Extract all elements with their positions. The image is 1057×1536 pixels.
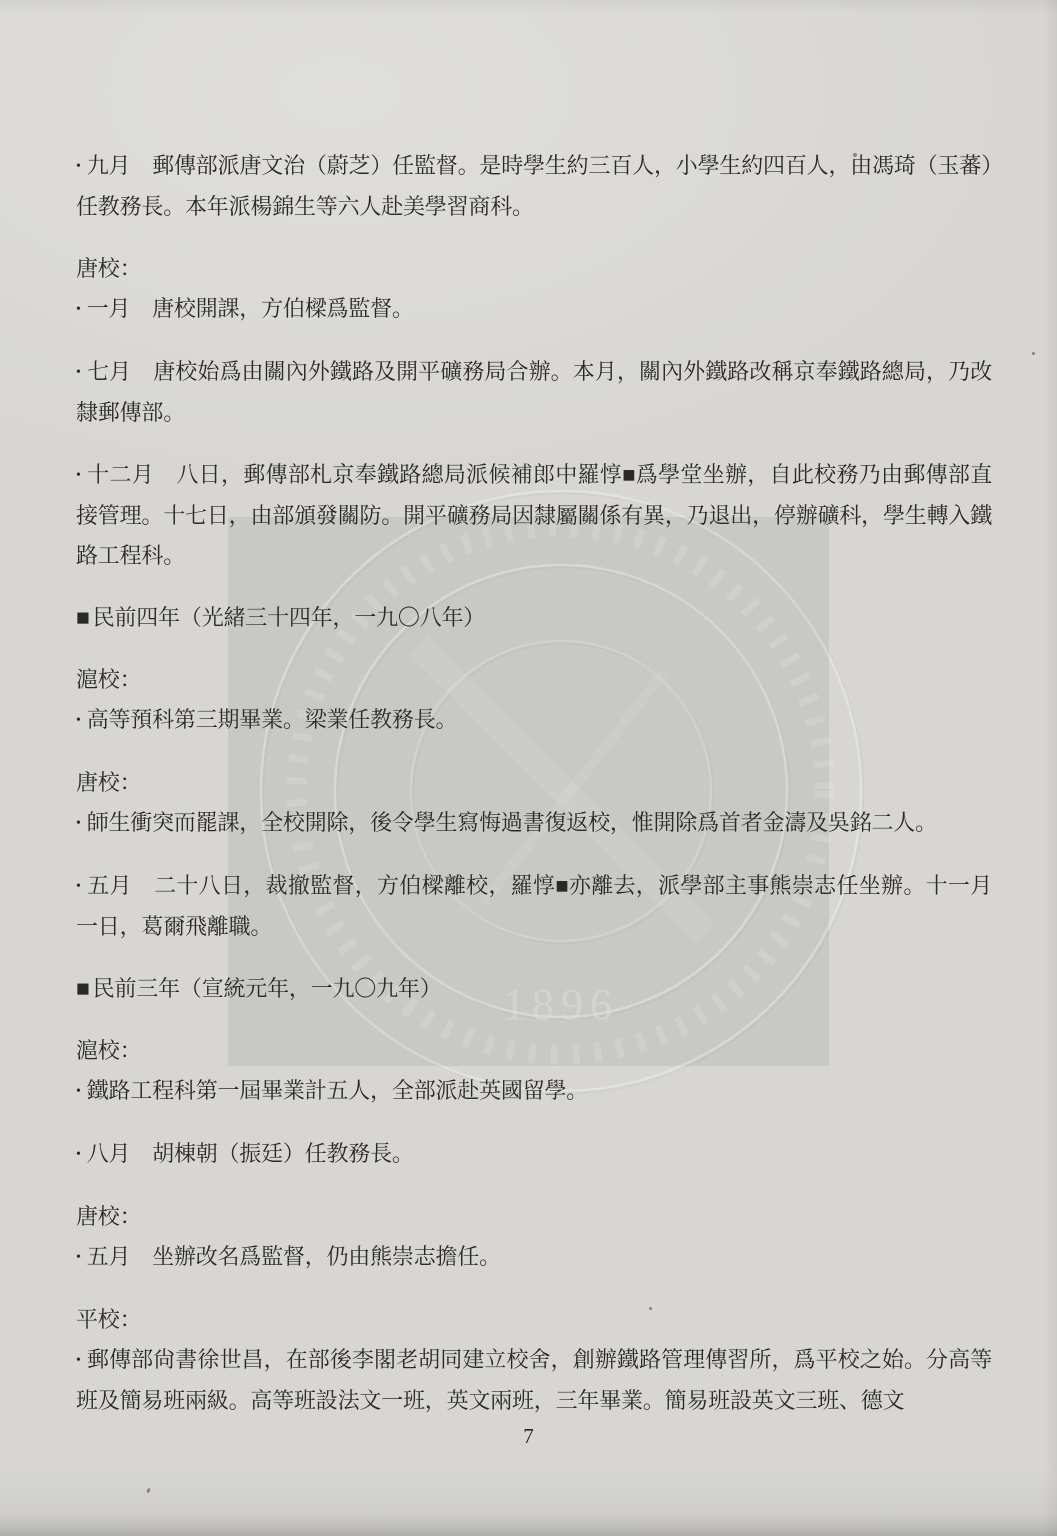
paper-speck — [649, 1307, 652, 1310]
chronicle-entry: •高等預科第三期畢業。梁業任教務長。 — [76, 700, 992, 741]
bullet-icon: • — [76, 147, 81, 187]
scanned-page: 1896 •九月 郵傳部派唐文治（蔚芝）任監督。是時學生約三百人，小學生約四百人… — [0, 0, 1057, 1536]
bullet-icon: • — [76, 353, 81, 393]
entry-text: 九月 郵傳部派唐文治（蔚芝）任監督。是時學生約三百人，小學生約四百人，由馮琦（玉… — [76, 153, 992, 219]
school-label: 唐校： — [76, 763, 992, 803]
entry-text: 八月 胡棟朝（振廷）任教務長。 — [87, 1141, 414, 1166]
page-number: 7 — [0, 1424, 1057, 1449]
year-heading-text: 民前四年（光緒三十四年，一九〇八年） — [93, 605, 485, 630]
chronicle-entry: •八月 胡棟朝（振廷）任教務長。 — [76, 1134, 992, 1175]
school-label: 平校： — [76, 1300, 992, 1340]
chronicle-entry: •十二月 八日，郵傳部札京奉鐵路總局派候補郎中羅惇■爲學堂坐辦，自此校務乃由郵傳… — [76, 455, 992, 576]
bullet-icon: • — [76, 701, 81, 741]
entry-text: 高等預科第三期畢業。梁業任教務長。 — [87, 707, 458, 732]
bullet-icon: • — [76, 1072, 81, 1112]
bullet-icon: • — [76, 867, 81, 907]
section-marker-icon: ■ — [76, 605, 90, 630]
entry-text: 鐵路工程科第一屆畢業計五人，全部派赴英國留學。 — [87, 1078, 588, 1103]
school-label: 唐校： — [76, 1197, 992, 1237]
entry-text: 七月 唐校始爲由關內外鐵路及開平礦務局合辦。本月，關內外鐵路改稱京奉鐵路總局，乃… — [76, 359, 992, 425]
chronicle-entry: •一月 唐校開課，方伯樑爲監督。 — [76, 289, 992, 330]
section-marker-icon: ■ — [76, 976, 90, 1001]
entry-text: 郵傳部尙書徐世昌，在部後李閣老胡同建立校舍，創辦鐵路管理傳習所，爲平校之始。分高… — [76, 1347, 992, 1413]
bullet-icon: • — [76, 1238, 81, 1278]
chronicle-entry: •師生衝突而罷課，全校開除，後令學生寫悔過書復返校，惟開除爲首者金濤及吳銘二人。 — [76, 803, 992, 844]
page-content: •九月 郵傳部派唐文治（蔚芝）任監督。是時學生約三百人，小學生約四百人，由馮琦（… — [76, 146, 992, 1443]
chronicle-entry: •五月 坐辦改名爲監督，仍由熊崇志擔任。 — [76, 1237, 992, 1278]
paper-speck — [853, 153, 857, 157]
bullet-icon: • — [76, 1341, 81, 1381]
chronicle-entry: •五月 二十八日，裁撤監督，方伯樑離校，羅惇■亦離去，派學部主事熊崇志任坐辦。十… — [76, 866, 992, 947]
entry-text: 一月 唐校開課，方伯樑爲監督。 — [87, 296, 414, 321]
entry-text: 師生衝突而罷課，全校開除，後令學生寫悔過書復返校，惟開除爲首者金濤及吳銘二人。 — [87, 810, 937, 835]
bullet-icon: • — [76, 456, 81, 496]
paper-speck — [146, 1488, 151, 1494]
entry-text: 五月 二十八日，裁撤監督，方伯樑離校，羅惇■亦離去，派學部主事熊崇志任坐辦。十一… — [76, 873, 992, 939]
year-heading-text: 民前三年（宣統元年，一九〇九年） — [93, 976, 442, 1001]
bullet-icon: • — [76, 290, 81, 330]
chronicle-entry: •郵傳部尙書徐世昌，在部後李閣老胡同建立校舍，創辦鐵路管理傳習所，爲平校之始。分… — [76, 1340, 992, 1421]
school-label: 滬校： — [76, 660, 992, 700]
bullet-icon: • — [76, 804, 81, 844]
chronicle-entry: •鐵路工程科第一屆畢業計五人，全部派赴英國留學。 — [76, 1071, 992, 1112]
year-heading: ■民前三年（宣統元年，一九〇九年） — [76, 969, 992, 1009]
chronicle-entry: •九月 郵傳部派唐文治（蔚芝）任監督。是時學生約三百人，小學生約四百人，由馮琦（… — [76, 146, 992, 227]
entry-text: 十二月 八日，郵傳部札京奉鐵路總局派候補郎中羅惇■爲學堂坐辦，自此校務乃由郵傳部… — [76, 462, 992, 568]
school-label: 唐校： — [76, 249, 992, 289]
school-label: 滬校： — [76, 1031, 992, 1071]
year-heading: ■民前四年（光緒三十四年，一九〇八年） — [76, 598, 992, 638]
entry-text: 五月 坐辦改名爲監督，仍由熊崇志擔任。 — [87, 1244, 501, 1269]
paper-speck — [585, 826, 588, 829]
bullet-icon: • — [76, 1135, 81, 1175]
paper-speck — [1032, 352, 1035, 355]
chronicle-entry: •七月 唐校始爲由關內外鐵路及開平礦務局合辦。本月，關內外鐵路改稱京奉鐵路總局，… — [76, 352, 992, 433]
